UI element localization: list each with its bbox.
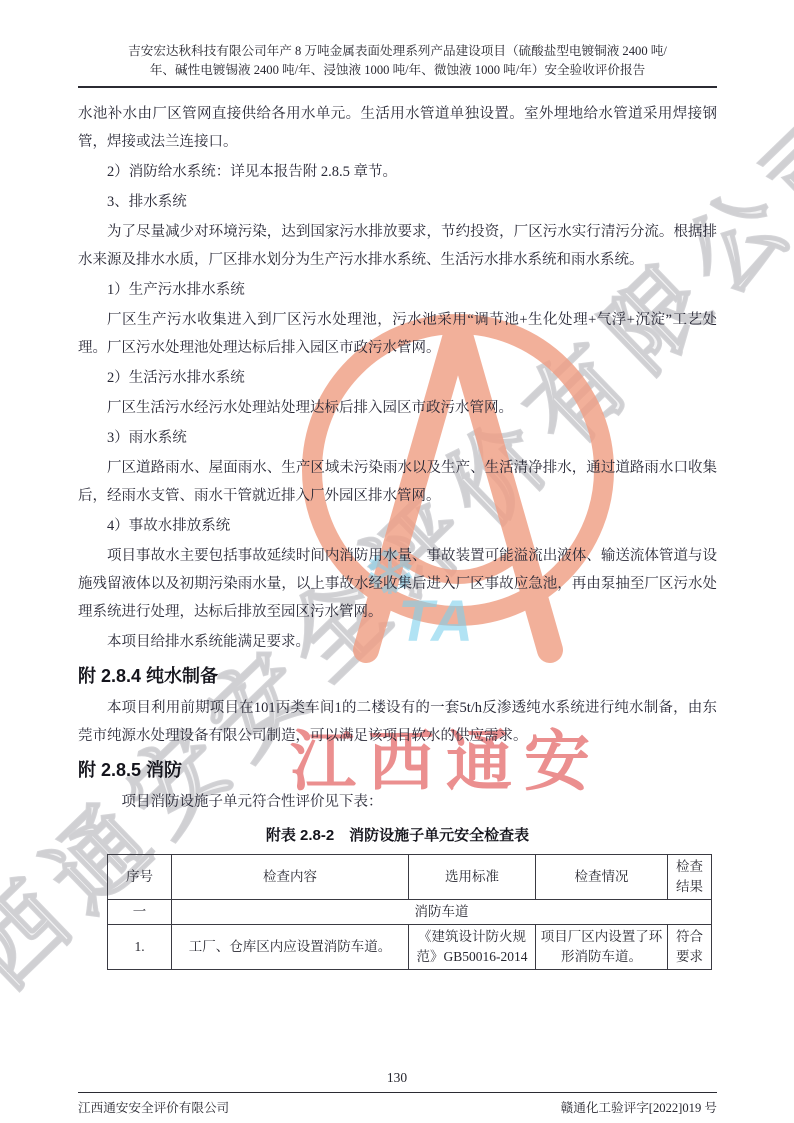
paragraph-rainwater-heading: 3）雨水系统 [78,424,717,452]
table-section-row: 一 消防车道 [108,900,712,925]
paragraph-accident-water-heading: 4）事故水排放系统 [78,512,717,540]
header-cell-no: 序号 [108,855,172,900]
table-caption: 附表 2.8-2 消防设施子单元安全检查表 [78,825,717,847]
page-number: 130 [0,1070,794,1086]
paragraph-pure-water: 本项目利用前期项目在101丙类车间1的二楼设有的一套5t/h反渗透纯水系统进行纯… [78,694,717,750]
row-cell-situation: 项目厂区内设置了环形消防车道。 [536,925,668,970]
header-cell-standard: 选用标准 [409,855,536,900]
page-content: 吉安宏达秋科技有限公司年产 8 万吨金属表面处理系列产品建设项目（硫酸盐型电镀铜… [0,42,794,970]
paragraph-drainage-overview: 为了尽量减少对环境污染，达到国家污水排放要求，节约投资，厂区污水实行清污分流。根… [78,218,717,274]
row-cell-result: 符合要求 [668,925,712,970]
paragraph-rainwater: 厂区道路雨水、屋面雨水、生产区域未污染雨水以及生产、生活清净排水，通过道路雨水口… [78,454,717,510]
row-cell-standard: 《建筑设计防火规范》GB50016-2014 [409,925,536,970]
paragraph-water-supply: 水池补水由厂区管网直接供给各用水单元。生活用水管道单独设置。室外埋地给水管道采用… [78,100,717,156]
footer-doc-number: 赣通化工验评字[2022]019 号 [561,1097,717,1116]
section-heading-pure-water: 附 2.8.4 纯水制备 [78,663,717,689]
fire-safety-check-table: 序号 检查内容 选用标准 检查情况 检查结果 一 消防车道 1. 工厂、仓库区内… [107,854,712,970]
header-title-line2: 年、碱性电镀锡液 2400 吨/年、浸蚀液 1000 吨/年、微蚀液 1000 … [78,61,717,80]
header-cell-content: 检查内容 [172,855,409,900]
row-cell-content: 工厂、仓库区内应设置消防车道。 [172,925,409,970]
paragraph-fire-table-intro: 项目消防设施子单元符合性评价见下表： [78,788,717,816]
paragraph-drainage-system-heading: 3、排水系统 [78,188,717,216]
header-cell-situation: 检查情况 [536,855,668,900]
footer-company: 江西通安安全评价有限公司 [78,1097,229,1116]
table-header-row: 序号 检查内容 选用标准 检查情况 检查结果 [108,855,712,900]
paragraph-production-sewage-heading: 1）生产污水排水系统 [78,276,717,304]
document-page: 江西通安安全评价有限公司 ❆ TA 江西通安 吉安宏达秋科技有限公司年产 8 万… [0,0,794,1123]
body-text: 水池补水由厂区管网直接供给各用水单元。生活用水管道单独设置。室外埋地给水管道采用… [78,100,717,970]
paragraph-drainage-conclusion: 本项目给排水系统能满足要求。 [78,628,717,656]
section-heading-fire-protection: 附 2.8.5 消防 [78,757,717,783]
paragraph-domestic-sewage-heading: 2）生活污水排水系统 [78,364,717,392]
paragraph-production-sewage: 厂区生产污水收集进入到厂区污水处理池，污水池采用“调节池+生化处理+气浮+沉淀”… [78,306,717,362]
header-cell-result: 检查结果 [668,855,712,900]
section-row-title: 消防车道 [172,900,712,925]
paragraph-domestic-sewage: 厂区生活污水经污水处理站处理达标后排入园区市政污水管网。 [78,394,717,422]
paragraph-fire-water-system: 2）消防给水系统：详见本报告附 2.8.5 章节。 [78,158,717,186]
document-footer: 江西通安安全评价有限公司 赣通化工验评字[2022]019 号 [78,1092,717,1116]
row-cell-no: 1. [108,925,172,970]
paragraph-accident-water: 项目事故水主要包括事故延续时间内消防用水量、事故装置可能溢流出液体、输送流体管道… [78,542,717,626]
header-title-line1: 吉安宏达秋科技有限公司年产 8 万吨金属表面处理系列产品建设项目（硫酸盐型电镀铜… [78,42,717,61]
document-header: 吉安宏达秋科技有限公司年产 8 万吨金属表面处理系列产品建设项目（硫酸盐型电镀铜… [78,42,717,88]
table-row: 1. 工厂、仓库区内应设置消防车道。 《建筑设计防火规范》GB50016-201… [108,925,712,970]
section-row-no: 一 [108,900,172,925]
